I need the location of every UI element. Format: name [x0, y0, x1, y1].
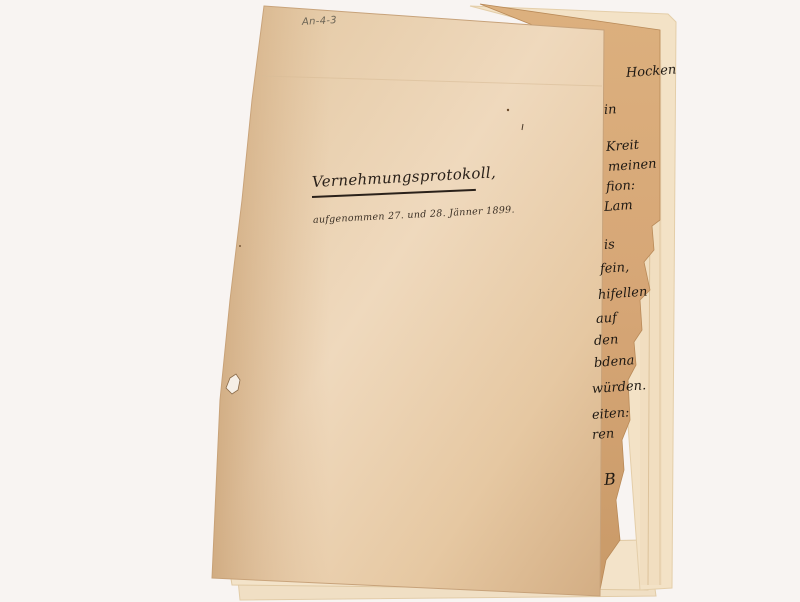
pencil-archive-note: An-4-3: [302, 15, 337, 28]
back-page-line: ren: [591, 426, 614, 443]
back-page-line: den: [593, 332, 618, 349]
back-page-line: auf: [595, 311, 617, 327]
back-page-line: in: [603, 102, 617, 118]
back-page-line: fein,: [599, 260, 629, 277]
back-page-line: B: [603, 469, 616, 489]
back-page-line: fion:: [605, 178, 635, 195]
photo-scene: An-4-3 Vernehmungsprotokoll, aufgenommen…: [0, 0, 800, 602]
back-page-line: bdena: [593, 353, 634, 371]
paper-stack-illustration: [0, 0, 800, 602]
back-page-line: eiten:: [591, 405, 629, 423]
back-page-line: Kreit: [605, 138, 639, 155]
back-page-line: Lam: [603, 198, 633, 215]
back-page-line: is: [603, 237, 615, 253]
